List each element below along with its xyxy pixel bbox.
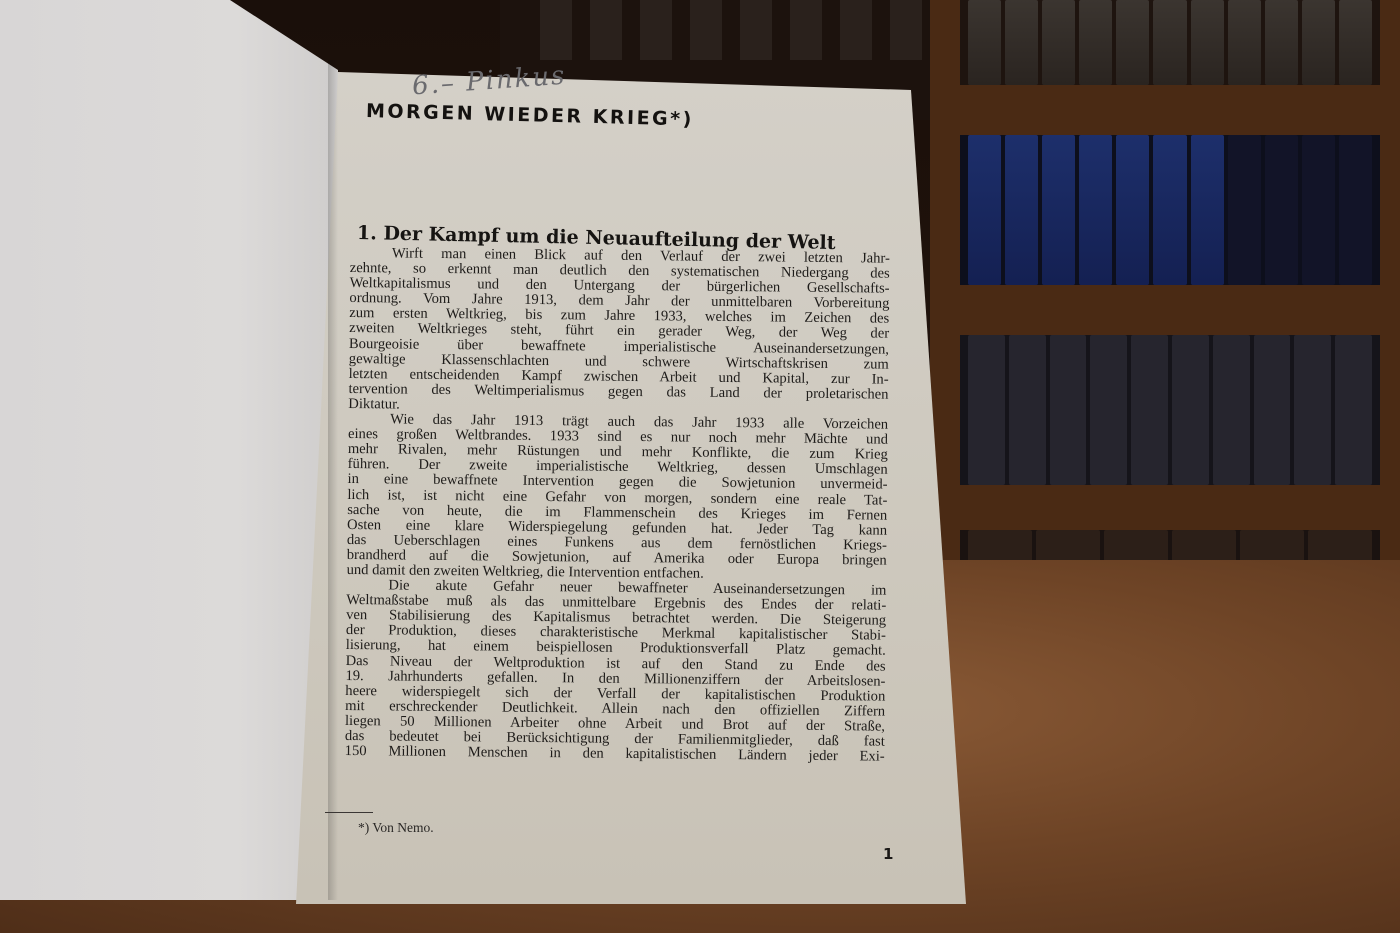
body-text: Wirft man einen Blick auf den Verlauf de…: [345, 246, 890, 765]
shelf-row-dark-books: [960, 335, 1380, 485]
booklet-gutter: [328, 60, 338, 900]
shelf-row-top: [960, 0, 1380, 85]
left-page-blank: [0, 0, 338, 900]
shelf-row-blue-books: [960, 135, 1380, 285]
footnote: *) Von Nemo.: [358, 820, 434, 836]
bookcase-frame: [930, 0, 1400, 620]
page-number: 1: [883, 845, 893, 863]
footnote-divider: [325, 812, 373, 813]
photo-scene: 6.– Pinkus MORGEN WIEDER KRIEG*) 1. Der …: [0, 0, 1400, 933]
